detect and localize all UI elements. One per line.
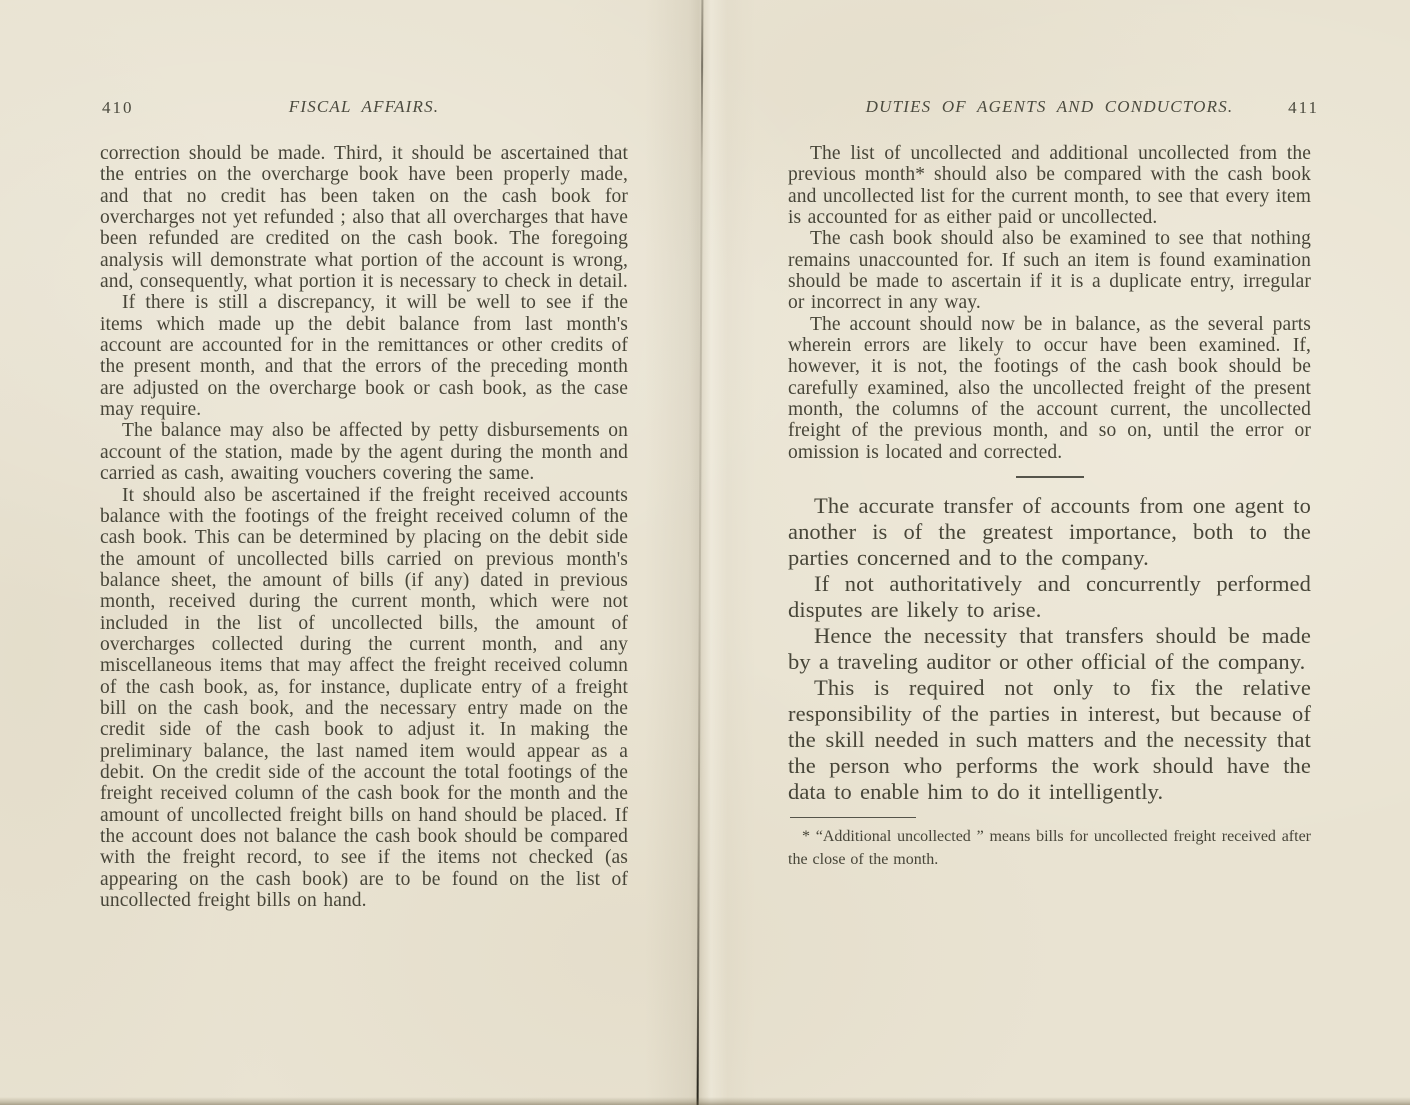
paragraph: The account should now be in balance, as… bbox=[788, 314, 1311, 463]
paragraph: The cash book should also be examined to… bbox=[788, 228, 1311, 313]
left-running-head: FISCAL AFFAIRS. bbox=[100, 97, 628, 117]
paragraph: The list of uncollected and additional u… bbox=[788, 143, 1311, 228]
left-page-body: correction should be made. Third, it sho… bbox=[100, 143, 628, 911]
paragraph: Hence the necessity that transfers shoul… bbox=[788, 623, 1311, 675]
right-page-header: DUTIES OF AGENTS AND CONDUCTORS. 411 bbox=[788, 97, 1311, 119]
paragraph: If there is still a discrepancy, it will… bbox=[100, 292, 628, 420]
right-page-number: 411 bbox=[1288, 98, 1319, 118]
right-page-body: The list of uncollected and additional u… bbox=[788, 143, 1311, 463]
footnote: * “Additional uncollected ” means bills … bbox=[788, 825, 1311, 871]
left-page: 410 FISCAL AFFAIRS. correction should be… bbox=[100, 97, 628, 911]
right-page: DUTIES OF AGENTS AND CONDUCTORS. 411 The… bbox=[788, 97, 1311, 871]
left-page-header: 410 FISCAL AFFAIRS. bbox=[100, 97, 628, 119]
paragraph: This is required not only to fix the rel… bbox=[788, 675, 1311, 805]
right-running-head: DUTIES OF AGENTS AND CONDUCTORS. bbox=[788, 97, 1311, 117]
footnote-rule bbox=[790, 817, 916, 818]
scan-bottom-edge bbox=[0, 1097, 1410, 1105]
paragraph: The balance may also be affected by pett… bbox=[100, 420, 628, 484]
book-spread-scan: 410 FISCAL AFFAIRS. correction should be… bbox=[0, 0, 1410, 1105]
paragraph: It should also be ascertained if the fre… bbox=[100, 485, 628, 912]
right-page-large-section: The accurate transfer of accounts from o… bbox=[788, 493, 1311, 805]
paragraph: correction should be made. Third, it sho… bbox=[100, 143, 628, 292]
section-divider-rule bbox=[1016, 476, 1084, 478]
left-page-number: 410 bbox=[102, 98, 134, 118]
paragraph: The accurate transfer of accounts from o… bbox=[788, 493, 1311, 571]
paragraph: If not authoritatively and concurrently … bbox=[788, 571, 1311, 623]
